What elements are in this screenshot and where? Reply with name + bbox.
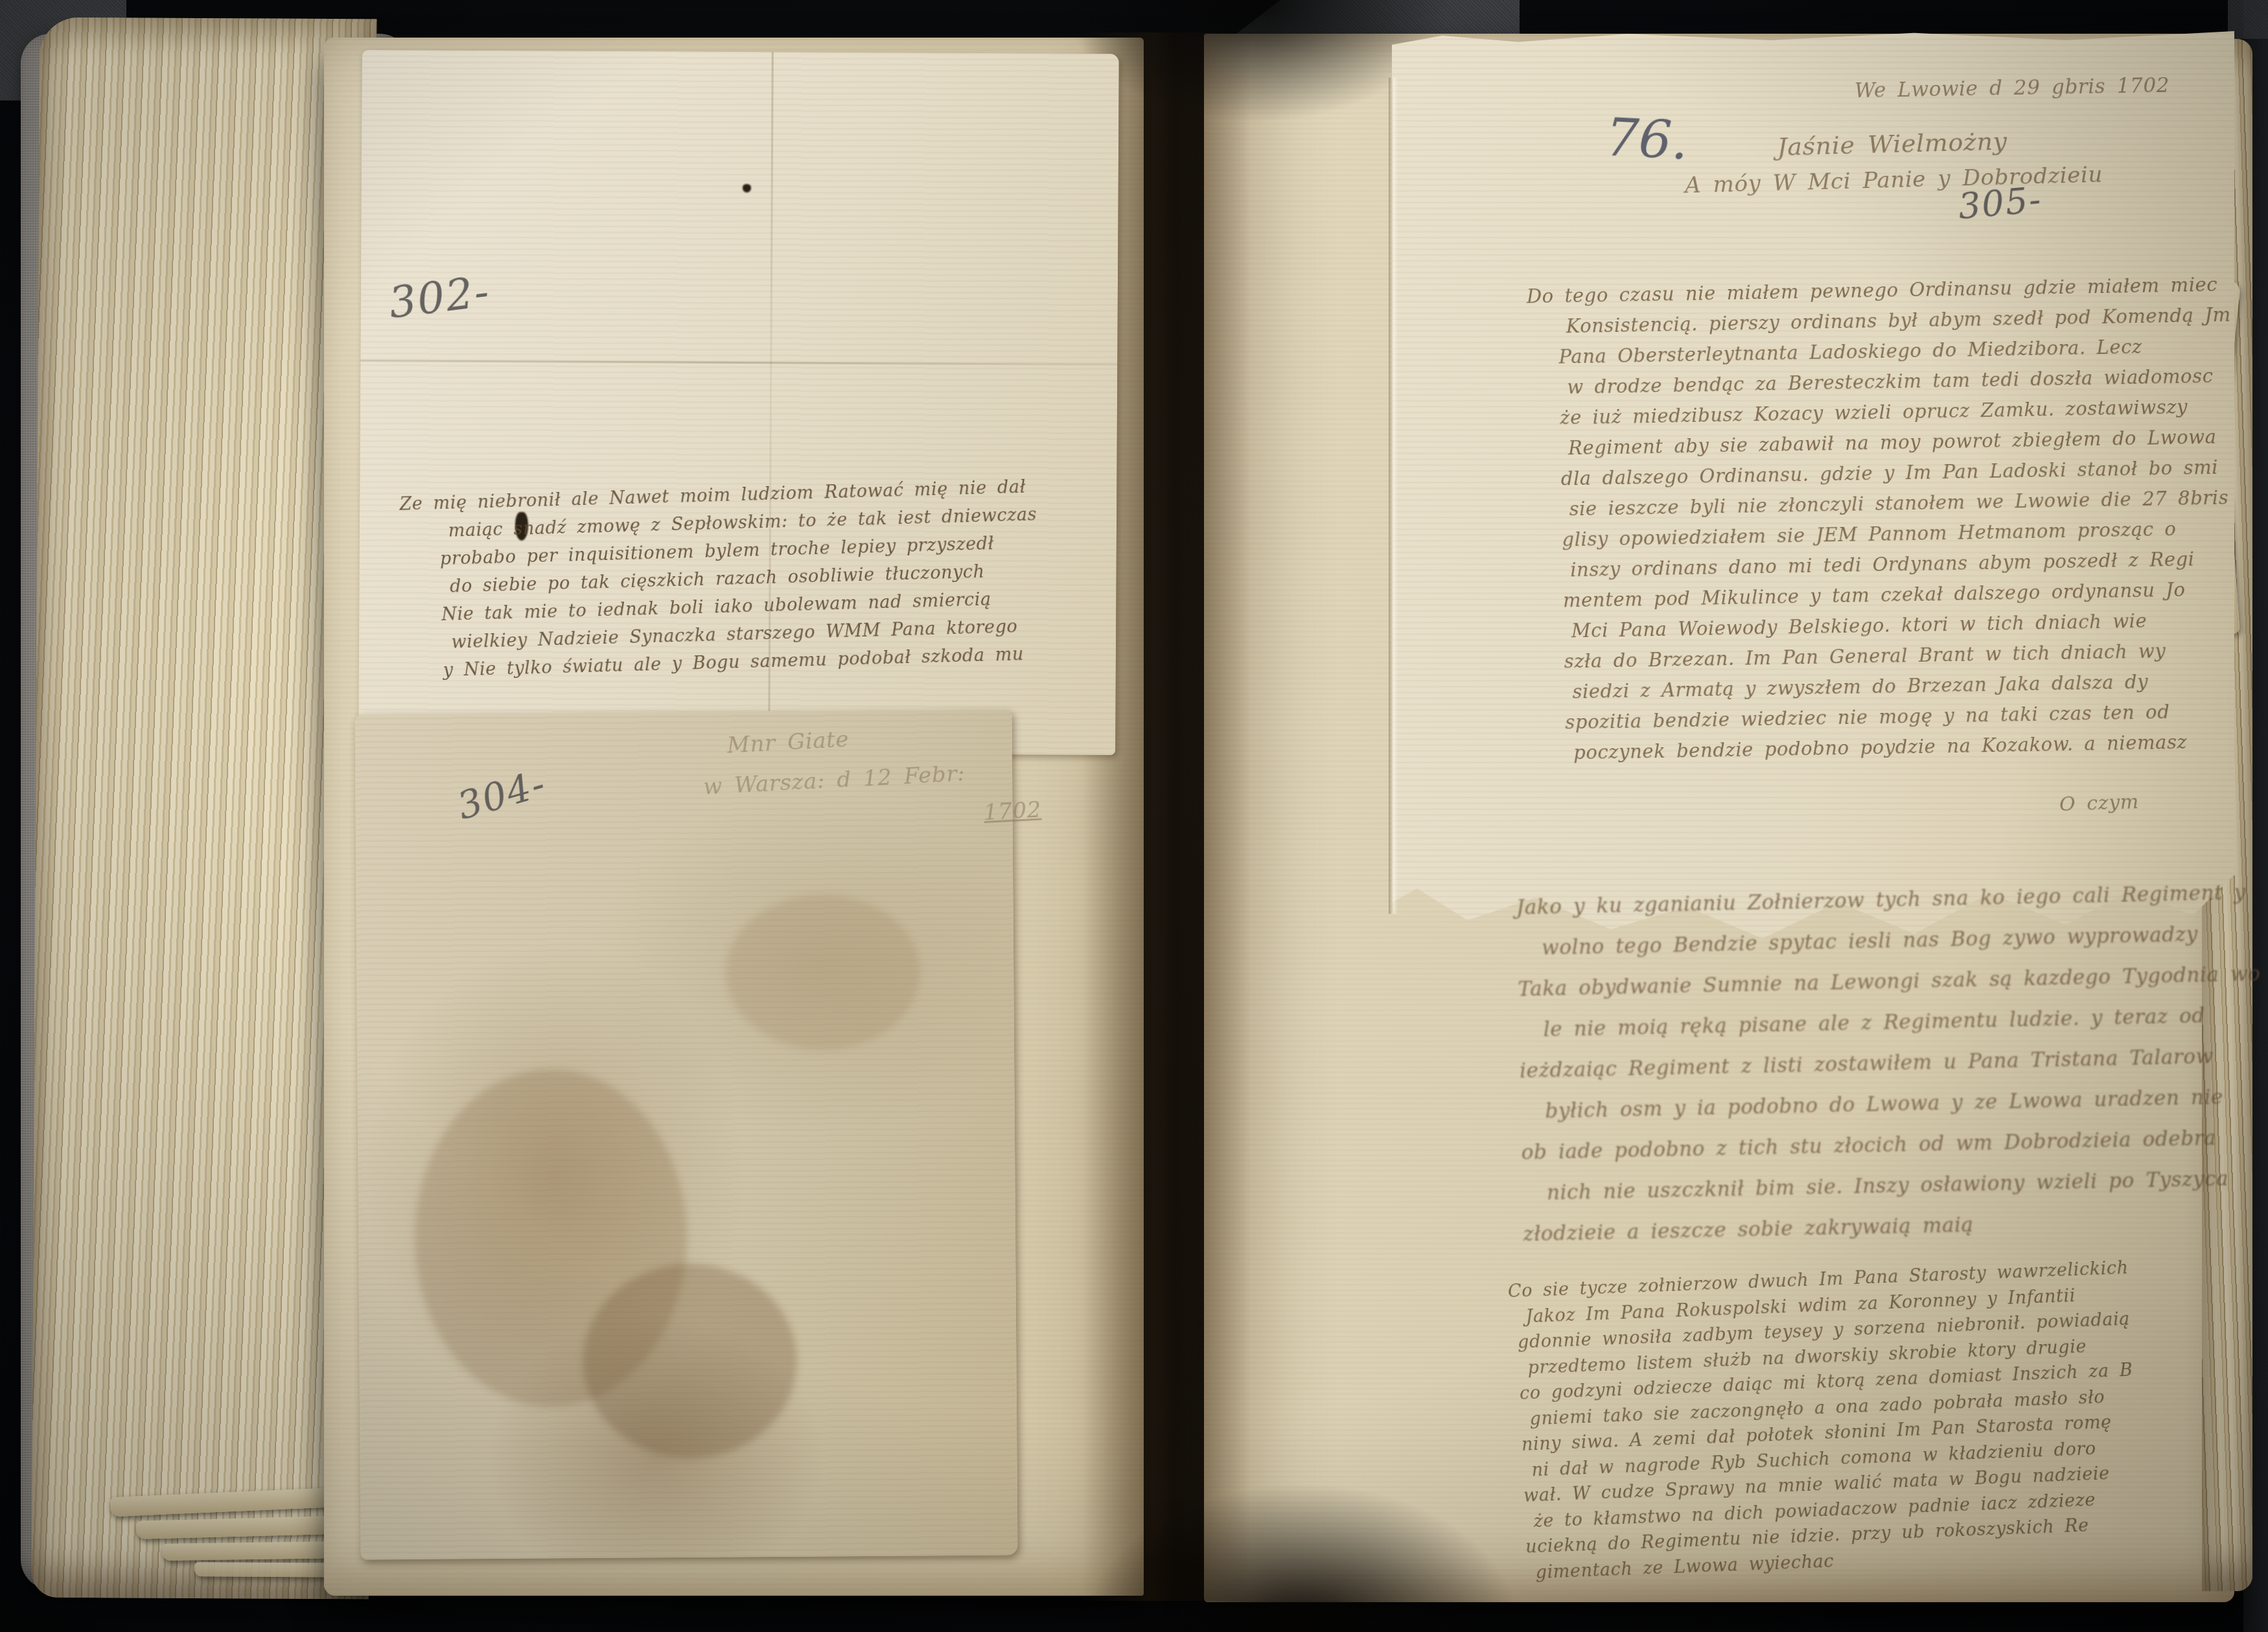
- right-page-final-block: Co sie tycze zołnierzow dwuch Im Pana St…: [1507, 1252, 2238, 1586]
- right-page-continuation: Jako y ku zganianiu Zołnierzow tych sna …: [1516, 873, 2236, 1255]
- folio-number: 76.: [1604, 107, 1690, 172]
- letter-302-body: Ze mię niebronił ale Nawet moim ludziom …: [399, 471, 1091, 685]
- archival-number-305: 305-: [1957, 179, 2044, 227]
- letter-304-docket: Mnr Giate w Warsza: d 12 Febr: 1702: [700, 710, 1042, 848]
- sheet-stain: [726, 894, 920, 1050]
- letter-305-left-edge: [1389, 78, 1398, 914]
- letter-305-body: Do tego czasu nie miałem pewnego Ordinan…: [1527, 270, 2232, 769]
- photo-backdrop: Im P. Zmiądzki 302- Ze mię niebronił ale…: [0, 0, 2268, 1632]
- letter-305-closing: O czym: [2059, 791, 2139, 816]
- docket-year: 1702: [982, 789, 1042, 833]
- sheet-crease: [360, 360, 1117, 366]
- gutter-bottom-shadow: [1076, 1478, 1529, 1632]
- ink-fleck: [743, 184, 751, 192]
- sheet-stain: [583, 1264, 797, 1458]
